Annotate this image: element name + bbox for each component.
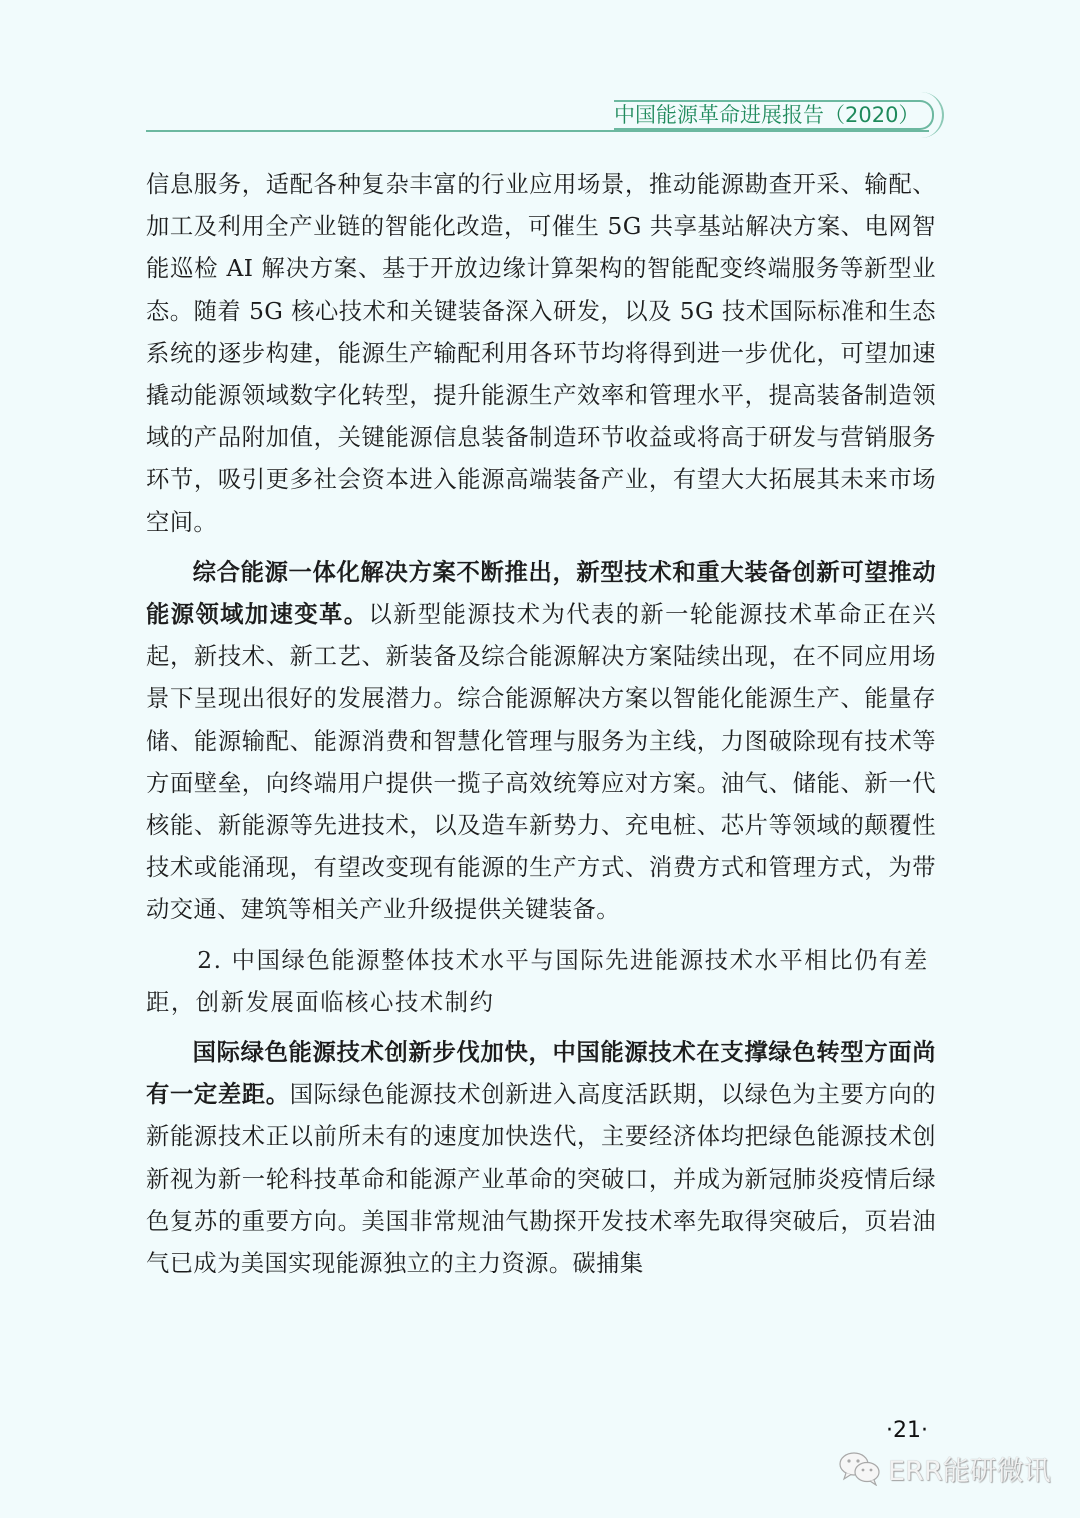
wechat-icon (838, 1450, 882, 1486)
paragraph-text: 国际绿色能源技术创新进入高度活跃期，以绿色为主要方向的新能源技术正以前所未有的速… (146, 1081, 936, 1277)
paragraph-integrated-energy: 综合能源一体化解决方案不断推出，新型技术和重大装备创新可望推动能源领域加速变革。… (146, 552, 936, 932)
running-header-title: 中国能源革命进展报告（2020） (614, 101, 924, 129)
page-number: ·21· (886, 1418, 928, 1443)
paragraph-international-green-energy: 国际绿色能源技术创新步伐加快，中国能源技术在支撑绿色转型方面尚有一定差距。国际绿… (146, 1032, 936, 1285)
paragraph-text: 以新型能源技术为代表的新一轮能源技术革命正在兴起，新技术、新工艺、新装备及综合能… (146, 601, 936, 923)
watermark-text: ERR能研微讯 (888, 1449, 1051, 1488)
header-rule (146, 130, 929, 132)
section-subheading: 2. 中国绿色能源整体技术水平与国际先进能源技术水平相比仍有差距，创新发展面临核… (146, 940, 936, 1024)
page-body: 信息服务，适配各种复杂丰富的行业应用场景，推动能源勘查开采、输配、加工及利用全产… (146, 164, 936, 1293)
watermark: ERR能研微讯 (838, 1448, 1051, 1488)
paragraph-5g-continuation: 信息服务，适配各种复杂丰富的行业应用场景，推动能源勘查开采、输配、加工及利用全产… (146, 164, 936, 544)
